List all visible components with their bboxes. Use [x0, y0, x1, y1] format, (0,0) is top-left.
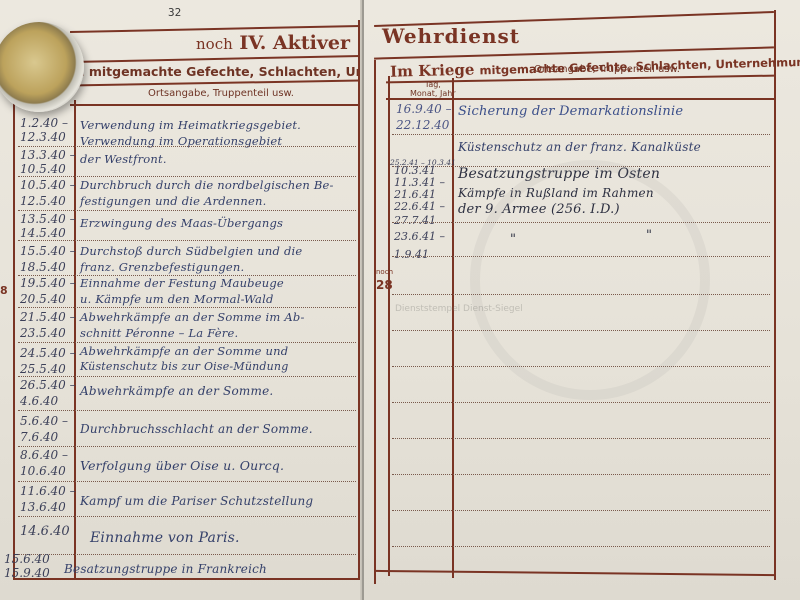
entry-text: Besatzungstruppe in Frankreich — [64, 562, 267, 576]
subheading-bold: Im Kriege — [390, 61, 475, 81]
entry-date-to: 20.5.40 — [20, 292, 66, 306]
entry-date-to: 14.5.40 — [20, 226, 66, 240]
column-header: Ortsangabe, Truppenteil usw. — [148, 88, 294, 99]
margin-mark: 8 — [0, 284, 8, 297]
entry-text: Durchbruch durch die nordbelgischen Be- — [80, 178, 334, 192]
entry-separator — [18, 240, 356, 241]
entry-separator — [18, 554, 356, 555]
entry-date-from: 13.5.40 – — [20, 212, 76, 226]
entry-date-from: 15.5.40 – — [20, 244, 76, 258]
entry-text: Erzwingung des Maas-Übergangs — [80, 216, 283, 230]
entry-date-to: 15.9.40 — [4, 566, 50, 580]
entry-date-to: 10.6.40 — [20, 464, 66, 478]
faded-stamp-text: Dienststempel Dienst-Siegel — [395, 304, 523, 314]
entry-separator — [18, 516, 356, 517]
date-column-divider — [74, 100, 76, 580]
entry-text: schnitt Péronne – La Fère. — [80, 326, 238, 340]
entry-date-from: 11.6.40 – — [20, 484, 76, 498]
entry-date-to: 22.12.40 — [396, 118, 449, 132]
entry-text: der Westfront. — [80, 152, 167, 166]
entry-date-to: 13.6.40 — [20, 500, 66, 514]
entry-text: Sicherung der Demarkationslinie — [458, 104, 683, 119]
margin-mark-small: noch — [376, 268, 393, 276]
entry-text: Küstenschutz an der franz. Kanalküste — [458, 140, 701, 154]
entry-separator — [18, 481, 356, 482]
page-heading: Wehrdienst — [382, 24, 520, 48]
entry-text: Durchstoß durch Südbelgien und die — [80, 244, 302, 258]
entry-text: Einnahme der Festung Maubeuge — [80, 276, 284, 290]
entry-date-from: 8.6.40 – — [20, 448, 68, 462]
header-rule-bottom — [70, 104, 360, 106]
entry-date-to: 18.5.40 — [20, 260, 66, 274]
entry-date-to: 10.5.40 — [20, 162, 66, 176]
entry-text: Küstenschutz bis zur Oise-Mündung — [80, 360, 288, 373]
entry-separator — [18, 210, 356, 211]
frame-bottom — [13, 578, 360, 580]
entry-date-from: 26.5.40 – — [20, 378, 76, 392]
entry-text: Abwehrkämpfe an der Somme im Ab- — [80, 310, 305, 324]
entry-text: Kampf um die Pariser Schutzstellung — [80, 494, 313, 508]
empty-row-line — [392, 402, 770, 403]
entry-date-to: 27.7.41 — [394, 214, 436, 228]
entry-date-to: 7.6.40 — [20, 430, 58, 444]
open-booklet: 32 noch IV. Aktiver … mitgemachte Gefech… — [0, 0, 800, 600]
entry-date-from: 24.5.40 – — [20, 346, 76, 360]
entry-separator — [18, 342, 356, 343]
entry-separator — [18, 376, 356, 377]
page-number: 32 — [168, 6, 181, 19]
entry-date-from: 1.2.40 – — [20, 116, 68, 130]
entry-date-to: 12.5.40 — [20, 194, 66, 208]
empty-row-line — [392, 438, 770, 439]
entry-text: Verfolgung über Oise u. Ourcq. — [80, 458, 284, 473]
entry-text: Durchbruchsschlacht an der Somme. — [80, 422, 313, 436]
date-column-header: Tag, Monat, Jahr — [410, 80, 456, 98]
entry-text: Abwehrkämpfe an der Somme. — [80, 384, 273, 398]
entry-separator — [392, 134, 770, 135]
entry-date-from: 22.6.41 – — [394, 200, 445, 214]
header-rule-mid — [70, 55, 360, 63]
frame-left — [374, 60, 376, 584]
frame-right — [774, 10, 776, 580]
entry-date-from: 5.6.40 – — [20, 414, 68, 428]
empty-row-line — [392, 546, 770, 547]
entry-date-from: 19.5.40 – — [20, 276, 76, 290]
entry-text: Einnahme von Paris. — [90, 530, 240, 546]
frame-inner-left — [388, 76, 390, 576]
entry-text: Abwehrkämpfe an der Somme und — [80, 344, 288, 358]
heading-prefix: noch — [196, 35, 233, 53]
heading-main: IV. Aktiver — [239, 32, 350, 54]
faded-stamp-imprint — [470, 160, 710, 400]
entry-text: festigungen und die Ardennen. — [80, 194, 266, 208]
entry-separator — [18, 146, 356, 147]
column-header: Ortsangabe, Truppenteil usw. — [534, 64, 680, 75]
entry-date-to: 1.9.41 — [394, 248, 429, 262]
entry-date-from: 13.3.40 – — [20, 148, 76, 162]
entry-date-from: 14.6.40 — [20, 525, 70, 539]
date-header-line1: Tag, — [410, 80, 456, 89]
entry-date-from: 23.6.41 – — [394, 230, 445, 244]
entry-date-from: 15.6.40 — [4, 552, 50, 566]
entry-text: u. Kämpfe um den Mormal-Wald — [80, 292, 274, 306]
entry-separator — [18, 446, 356, 447]
page-heading: noch IV. Aktiver — [196, 32, 350, 54]
margin-mark: 28 — [376, 278, 393, 292]
entry-separator — [18, 307, 356, 308]
frame-left — [13, 100, 15, 580]
frame-bottom — [374, 570, 776, 576]
entry-date-from: 16.9.40 – — [396, 102, 452, 116]
entry-date-to: 23.5.40 — [20, 326, 66, 340]
entry-date-to: 25.5.40 — [20, 362, 66, 376]
entry-text: Verwendung im Heimatkriegsgebiet. — [80, 118, 301, 132]
entry-date-from: 21.5.40 – — [20, 310, 76, 324]
entry-date-from: 10.5.40 – — [20, 178, 76, 192]
entry-date-to: 4.6.40 — [20, 394, 58, 408]
empty-row-line — [392, 474, 770, 475]
entry-separator — [18, 176, 356, 177]
date-column-divider — [452, 78, 454, 578]
empty-row-line — [392, 510, 770, 511]
entry-text: franz. Grenzbefestigungen. — [80, 260, 244, 274]
date-header-line2: Monat, Jahr — [410, 89, 456, 98]
entry-date-to: 12.3.40 — [20, 130, 66, 144]
header-rule-sub — [70, 79, 360, 86]
entry-separator — [18, 410, 356, 411]
header-rule-bottom — [386, 98, 774, 100]
